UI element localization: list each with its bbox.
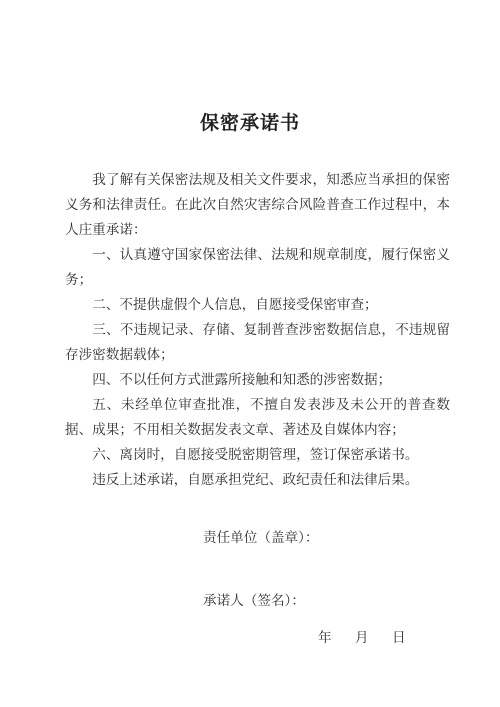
commitment-item-5: 五、未经单位审查批准，不擅自发表涉及未公开的普查数据、成果；不用相关数据发表文章…	[65, 392, 450, 442]
paragraph-intro: 我了解有关保密法规及相关文件要求，知悉应当承担的保密义务和法律责任。在此次自然灾…	[65, 167, 450, 242]
date-line: 年 月 日	[203, 625, 500, 650]
signature-block: 责任单位（盖章）： 承诺人（签名）： 年 月 日	[203, 525, 500, 650]
commitment-item-4: 四、不以任何方式泄露所接触和知悉的涉密数据；	[65, 367, 450, 392]
commitment-item-1: 一、认真遵守国家保密法律、法规和规章制度，履行保密义务；	[65, 242, 450, 292]
paragraph-closing: 违反上述承诺，自愿承担党纪、政纪责任和法律后果。	[65, 467, 450, 492]
unit-seal-label: 责任单位（盖章）：	[203, 525, 500, 550]
signer-label: 承诺人（签名）：	[203, 588, 500, 613]
date-month-label: 月	[355, 625, 369, 650]
commitment-item-2: 二、不提供虚假个人信息，自愿接受保密审查；	[65, 292, 450, 317]
document-body: 我了解有关保密法规及相关文件要求，知悉应当承担的保密义务和法律责任。在此次自然灾…	[65, 167, 450, 492]
commitment-item-6: 六、离岗时，自愿接受脱密期管理，签订保密承诺书。	[65, 442, 450, 467]
date-day-label: 日	[392, 625, 406, 650]
document-page: 保密承诺书 我了解有关保密法规及相关文件要求，知悉应当承担的保密义务和法律责任。…	[0, 0, 500, 707]
commitment-item-3: 三、不违规记录、存储、复制普查涉密数据信息，不违规留存涉密数据载体；	[65, 317, 450, 367]
document-title: 保密承诺书	[0, 0, 500, 136]
date-year-label: 年	[318, 625, 332, 650]
